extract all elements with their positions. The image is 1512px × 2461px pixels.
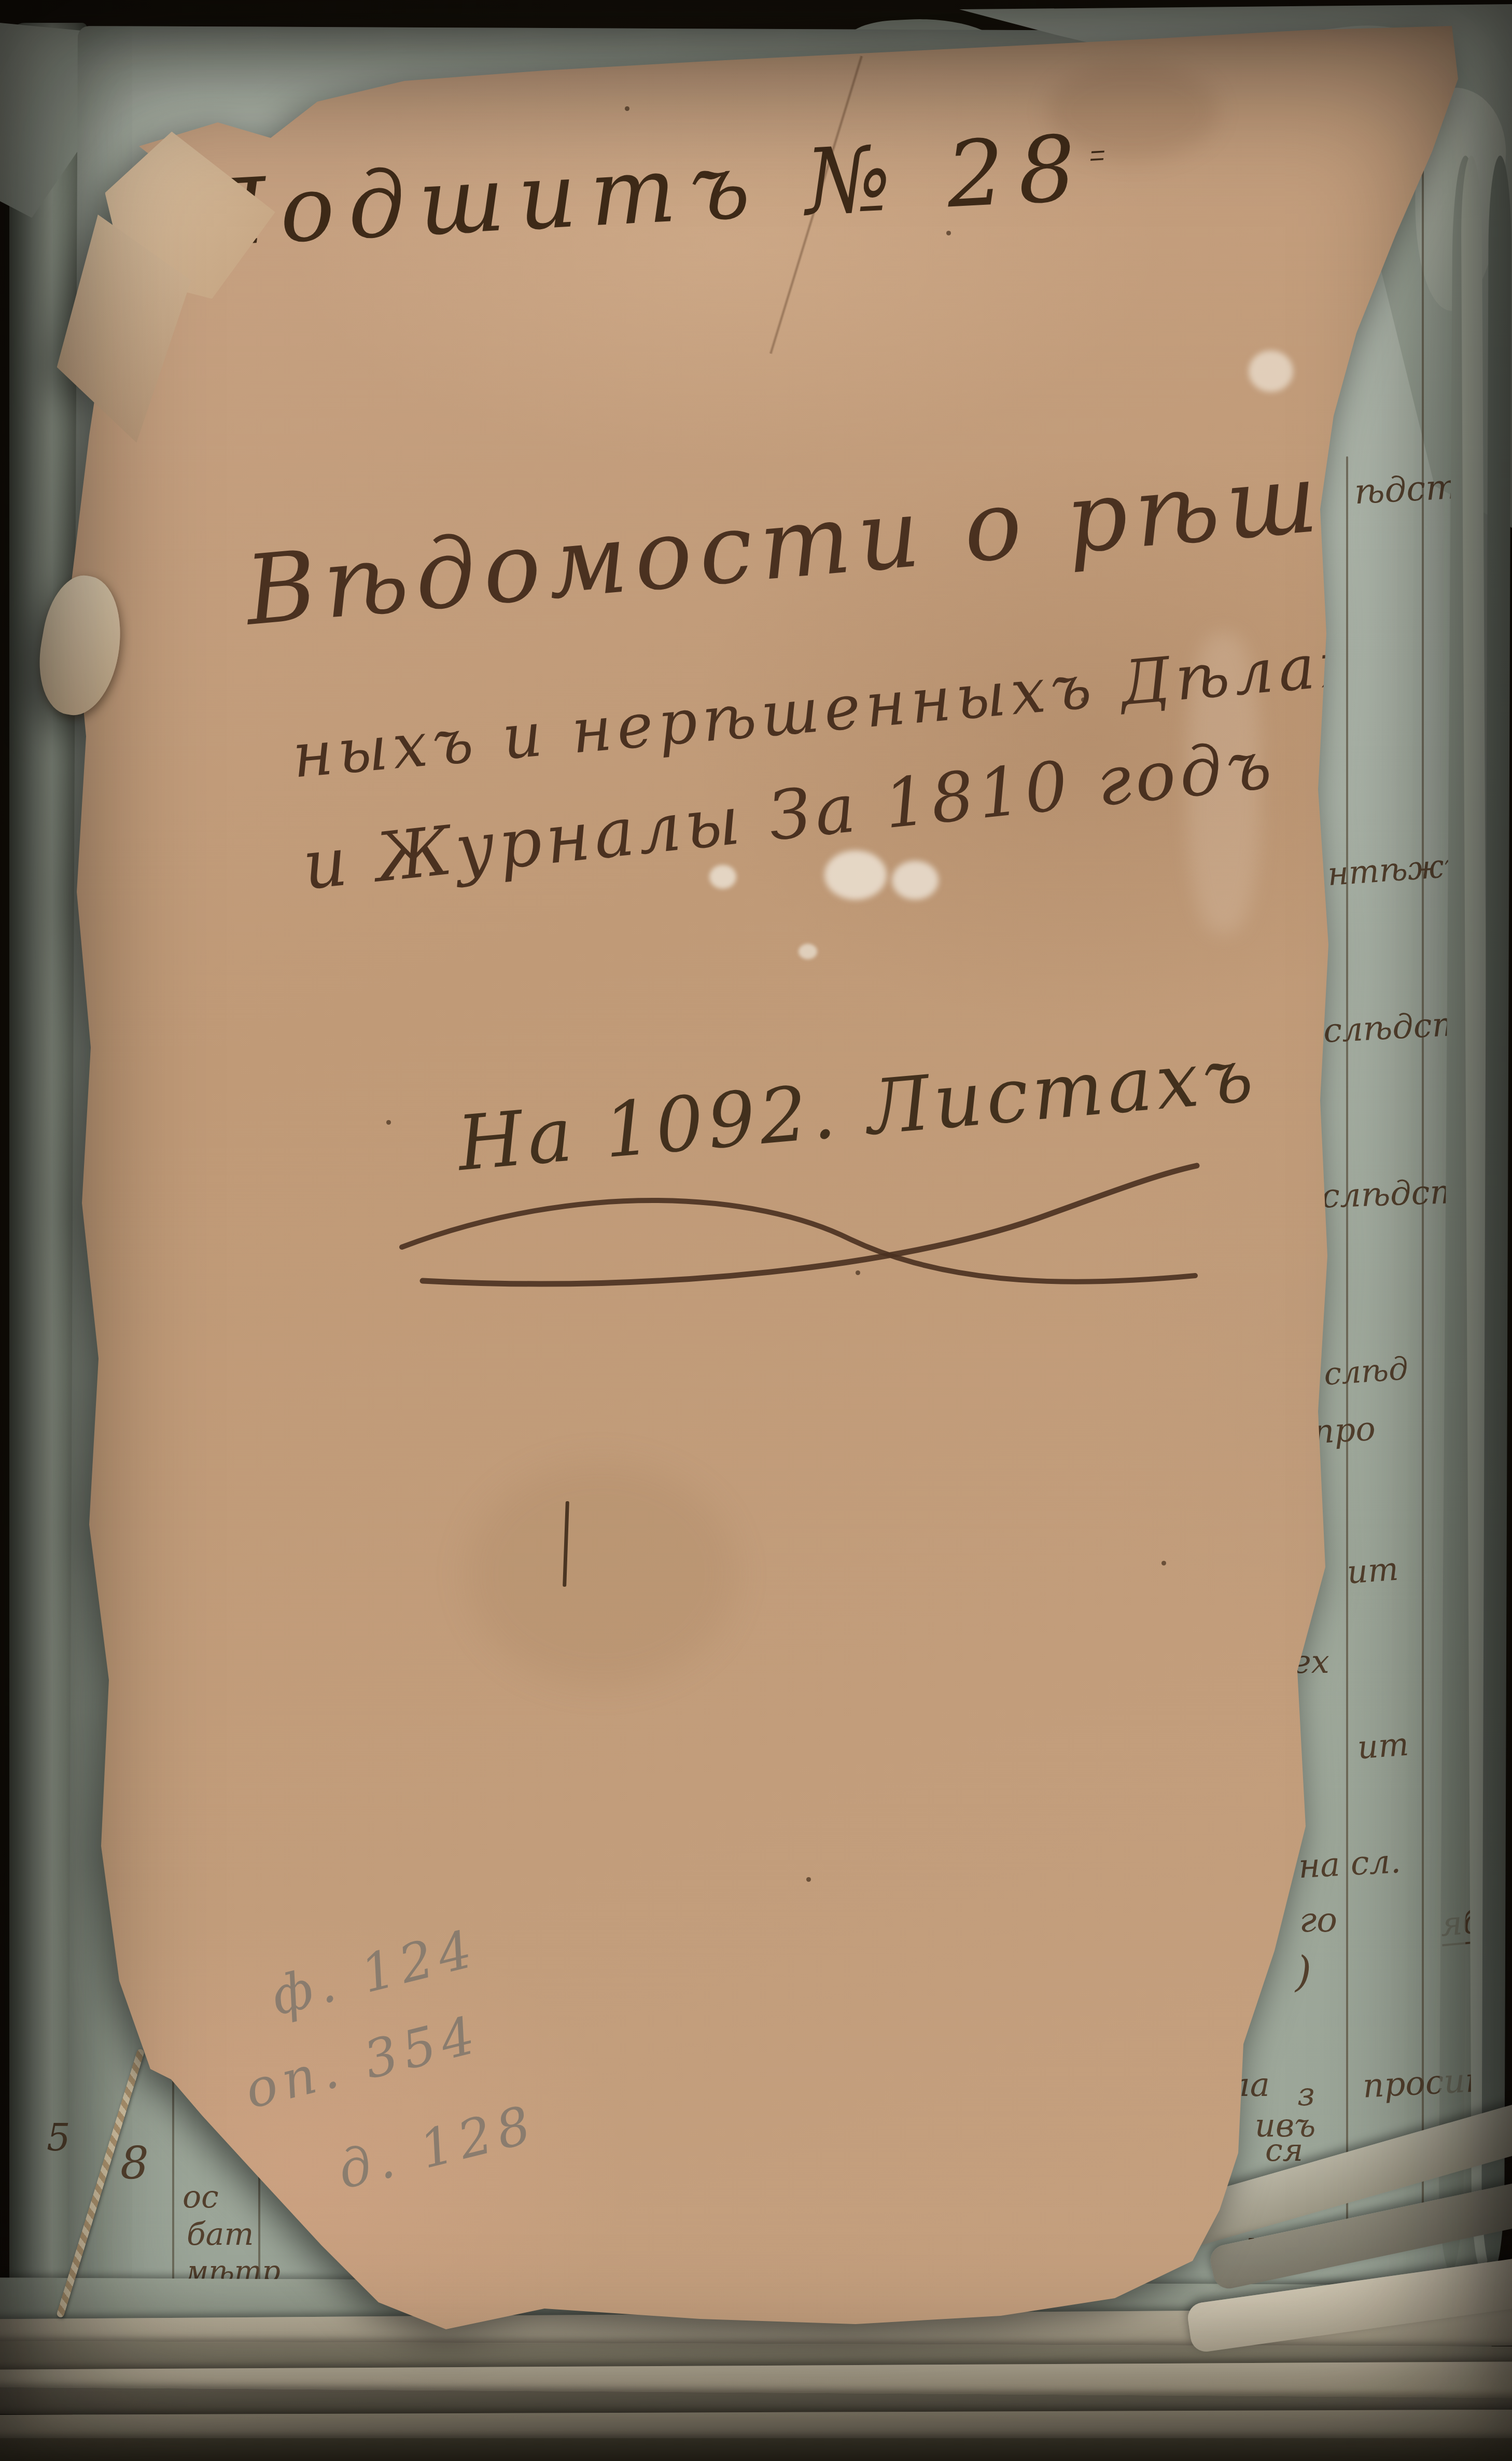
binding-number-text: Подшитъ № 28 [185,116,1092,268]
pencil-opis-number: оп. 354 [239,2004,487,2121]
title-line-1: Вѣдомости о рѣшен [241,429,1463,647]
cover-sheet-wrap: Подшитъ № 28꞊ Вѣдомости о рѣшен ныхъ и н… [0,0,1512,2461]
binding-number-line: Подшитъ № 28꞊ [185,115,1108,268]
ink-speck [946,231,951,235]
white-stain [892,861,939,900]
ink-speck [1161,1561,1166,1565]
ink-speck [806,1877,811,1882]
white-stain [1249,351,1293,392]
white-stain [709,865,736,889]
pencil-delo-number: д. 128 [332,2093,543,2201]
cover-sheet: Подшитъ № 28꞊ Вѣдомости о рѣшен ныхъ и н… [0,0,1512,2461]
ink-speck [386,1120,391,1125]
photo-archival-file-cover: ѣдст нтѣжъ слѣдст слѣдств. о слѣд про з … [0,0,1512,2461]
white-stain [799,944,817,959]
water-stain [467,1462,736,1685]
underline-flourish [394,1156,1203,1296]
white-stain [824,850,887,900]
binding-number-mark: ꞊ [1087,133,1106,177]
ink-speck [625,106,629,111]
